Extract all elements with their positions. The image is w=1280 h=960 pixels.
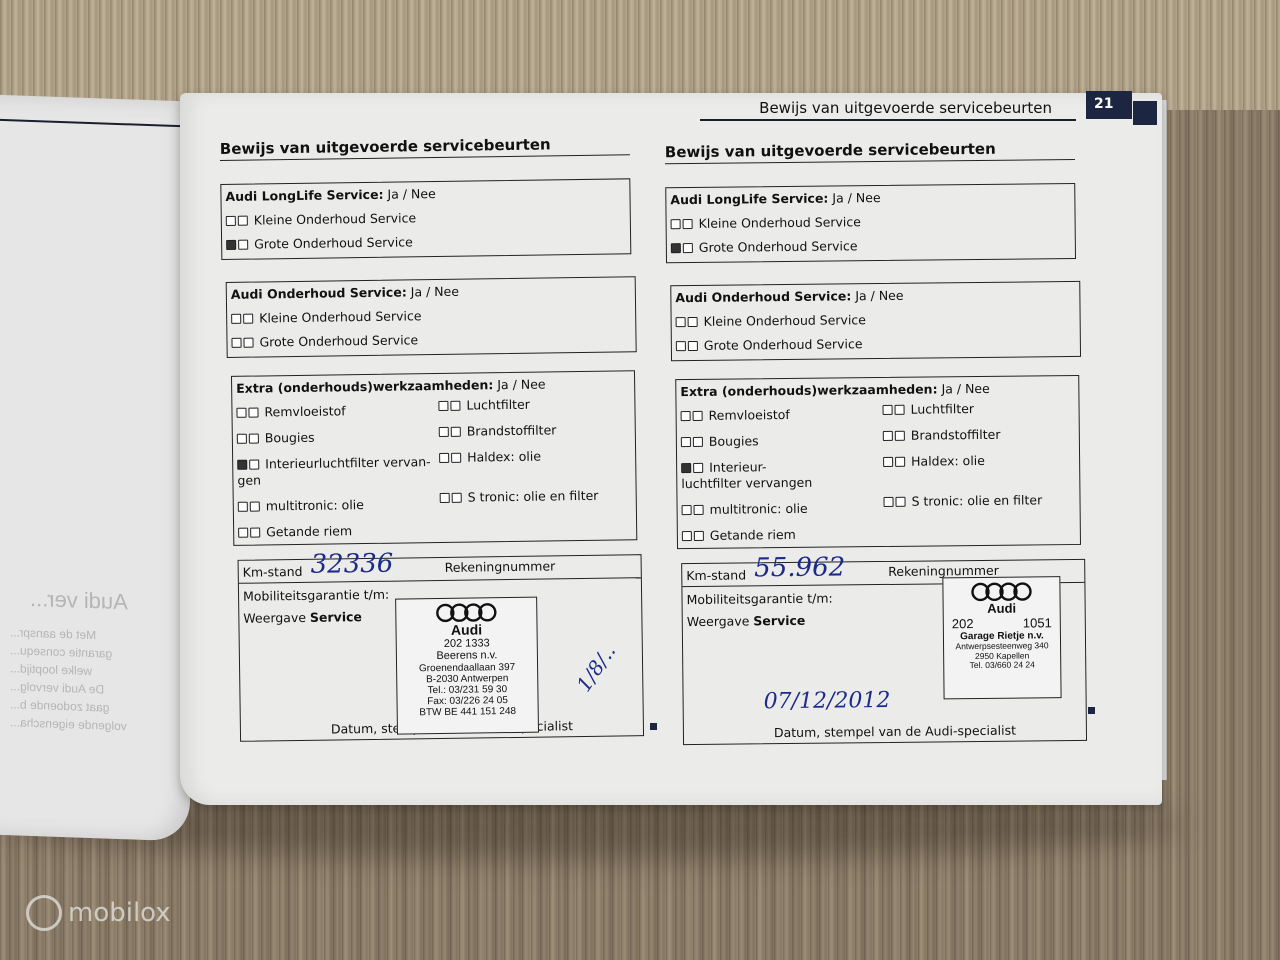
checkbox-nee[interactable] <box>688 340 698 350</box>
longlife-box: Audi LongLife Service: Ja / Nee Kleine O… <box>665 183 1076 263</box>
checkbox-ja[interactable] <box>676 341 686 351</box>
dealer-stamp: Audi2021051Garage Rietje n.v.Antwerpsest… <box>682 560 1084 564</box>
checkbox-item[interactable]: Getande riem <box>682 527 796 543</box>
km-label: Km-stand <box>243 564 303 580</box>
checkbox-ja[interactable] <box>237 433 247 443</box>
checkbox-item-cont: gen <box>237 472 261 487</box>
display-label: Weergave Service <box>687 613 806 629</box>
checkbox-ja[interactable] <box>439 452 449 462</box>
checkbox-ja[interactable] <box>676 317 686 327</box>
longlife-box: Audi LongLife Service: Ja / Nee Kleine O… <box>220 178 631 260</box>
checkbox-item[interactable]: Kleine Onderhoud Service <box>671 214 861 231</box>
checkbox-item[interactable]: Grote Onderhoud Service <box>226 234 413 252</box>
extra-heading: Extra (onderhouds)werkzaamheden: Ja / Ne… <box>680 381 990 399</box>
checkbox-nee[interactable] <box>243 313 253 323</box>
checkbox-ja[interactable] <box>671 219 681 229</box>
form-title: Bewijs van uitgevoerde servicebeurten <box>220 134 630 161</box>
longlife-heading: Audi LongLife Service: Ja / Nee <box>225 186 435 204</box>
footer-box: Km-stand 55.962 Rekeningnummer Mobilitei… <box>681 559 1087 745</box>
checkbox-item[interactable]: Interieurluchtfilter vervan- <box>237 454 431 472</box>
checkbox-nee[interactable] <box>683 218 693 228</box>
watermark: mobilox <box>26 895 171 931</box>
checkbox-nee[interactable] <box>250 501 260 511</box>
ghost-line: welke looptijd... <box>10 661 92 678</box>
checkbox-ja[interactable] <box>438 400 448 410</box>
checkbox-nee[interactable] <box>452 492 462 502</box>
checkbox-ja[interactable] <box>231 337 241 347</box>
checkbox-nee[interactable] <box>688 316 698 326</box>
checkbox-ja[interactable] <box>883 496 893 506</box>
ghost-line: garantie consequ... <box>10 643 112 661</box>
checkbox-nee[interactable] <box>683 242 693 252</box>
longlife-heading: Audi LongLife Service: Ja / Nee <box>670 190 880 207</box>
left-page: Audi ver... Met de aanspr... garantie co… <box>0 95 190 842</box>
onderhoud-box: Audi Onderhoud Service: Ja / Nee Kleine … <box>670 281 1081 361</box>
checkbox-ja[interactable] <box>671 243 681 253</box>
checkbox-ja[interactable] <box>439 426 449 436</box>
ghost-line: volgende eigenscha... <box>10 715 127 733</box>
footer-box: Km-stand 32336 Rekeningnummer Mobiliteit… <box>238 554 645 742</box>
mobility-label: Mobiliteitsgarantie t/m: <box>686 591 832 608</box>
checkbox-nee[interactable] <box>243 337 253 347</box>
checkbox-ja[interactable] <box>681 411 691 421</box>
account-label: Rekeningnummer <box>445 558 556 575</box>
extra-heading: Extra (onderhouds)werkzaamheden: Ja / Ne… <box>236 377 546 396</box>
km-label: Km-stand <box>686 567 746 583</box>
ghost-heading: Audi ver... <box>30 586 128 615</box>
checkbox-nee[interactable] <box>895 430 905 440</box>
form-title: Bewijs van uitgevoerde servicebeurten <box>665 139 1075 164</box>
checkbox-item[interactable]: Bougies <box>237 430 315 446</box>
checkbox-ja[interactable] <box>681 437 691 447</box>
checkbox-item[interactable]: Kleine Onderhoud Service <box>226 210 417 228</box>
date-stamp-label: Datum, stempel van de Audi-specialist <box>774 723 1016 741</box>
checkbox-item[interactable]: Haldex: olie <box>883 453 985 469</box>
extra-box: Extra (onderhouds)werkzaamheden: Ja / Ne… <box>675 375 1081 549</box>
watermark-text: mobilox <box>68 898 171 928</box>
extra-box: Extra (onderhouds)werkzaamheden: Ja / Ne… <box>231 370 637 546</box>
km-value-handwritten: 55.962 <box>754 552 845 583</box>
checkbox-item[interactable]: multitronic: olie <box>238 497 364 514</box>
handwritten-date: 07/12/2012 <box>763 688 890 714</box>
checkbox-item[interactable]: Grote Onderhoud Service <box>676 336 863 353</box>
checkbox-item[interactable]: Kleine Onderhoud Service <box>231 308 422 326</box>
ghost-line: De Audi vervolg... <box>10 679 104 696</box>
service-form-2: Bewijs van uitgevoerde servicebeurten Au… <box>665 139 1101 763</box>
checkbox-item[interactable]: Getande riem <box>238 523 352 540</box>
checkbox-item[interactable]: Brandstoffilter <box>883 427 1001 443</box>
ghost-line: Met de aanspr... <box>10 625 96 642</box>
checkbox-nee[interactable] <box>248 407 258 417</box>
end-marker <box>1088 707 1095 714</box>
running-header: Bewijs van uitgevoerde servicebeurten <box>700 97 1076 121</box>
page-number-tab: 21 <box>1086 91 1132 119</box>
checkbox-item[interactable]: Grote Onderhoud Service <box>231 332 418 350</box>
display-label: Weergave Service <box>243 609 362 626</box>
mobilox-logo-icon <box>26 895 62 931</box>
checkbox-nee[interactable] <box>693 410 703 420</box>
checkbox-item[interactable]: Bougies <box>681 433 759 449</box>
checkbox-nee[interactable] <box>694 504 704 514</box>
checkbox-ja[interactable] <box>883 456 893 466</box>
checkbox-nee[interactable] <box>895 404 905 414</box>
checkbox-nee[interactable] <box>250 527 260 537</box>
checkbox-ja[interactable] <box>237 459 247 469</box>
onderhoud-heading: Audi Onderhoud Service: Ja / Nee <box>231 284 459 302</box>
checkbox-nee[interactable] <box>895 456 905 466</box>
audi-rings-icon <box>434 602 498 623</box>
checkbox-ja[interactable] <box>238 501 248 511</box>
km-value-handwritten: 32336 <box>310 549 393 580</box>
checkbox-nee[interactable] <box>693 462 703 472</box>
checkbox-ja[interactable] <box>883 404 893 414</box>
checkbox-ja[interactable] <box>238 527 248 537</box>
checkbox-item[interactable]: Kleine Onderhoud Service <box>676 312 866 329</box>
checkbox-item[interactable]: Luchtfilter <box>882 401 974 417</box>
checkbox-nee[interactable] <box>451 426 461 436</box>
checkbox-item-cont: luchtfilter vervangen <box>681 475 812 491</box>
checkbox-ja[interactable] <box>440 492 450 502</box>
tab-edge <box>1133 101 1157 125</box>
checkbox-item[interactable]: multitronic: olie <box>682 501 808 517</box>
right-page: Bewijs van uitgevoerde servicebeurten 21… <box>180 93 1162 805</box>
checkbox-ja[interactable] <box>681 463 691 473</box>
checkbox-item[interactable]: Interieur- <box>681 459 766 475</box>
checkbox-item[interactable]: Luchtfilter <box>438 397 530 413</box>
onderhoud-box: Audi Onderhoud Service: Ja / Nee Kleine … <box>226 276 637 358</box>
checkbox-nee[interactable] <box>249 459 259 469</box>
mobility-label: Mobiliteitsgarantie t/m: <box>243 587 389 604</box>
checkbox-ja[interactable] <box>226 239 236 249</box>
checkbox-nee[interactable] <box>451 452 461 462</box>
checkbox-nee[interactable] <box>238 215 248 225</box>
checkbox-nee[interactable] <box>238 239 248 249</box>
handwritten-date: 1/8/.. <box>571 640 620 696</box>
end-marker <box>650 723 657 730</box>
checkbox-ja[interactable] <box>226 215 236 225</box>
checkbox-ja[interactable] <box>236 407 246 417</box>
ghost-line: gaat zodoende b... <box>10 697 109 714</box>
checkbox-item[interactable]: S tronic: olie en filter <box>883 492 1042 509</box>
dealer-stamp: Audi202 1333Beerens n.v.Groenendaallaan … <box>239 555 641 561</box>
checkbox-item[interactable]: Haldex: olie <box>439 449 541 465</box>
checkbox-nee[interactable] <box>249 433 259 443</box>
service-form-1: Bewijs van uitgevoerde servicebeurten Au… <box>220 134 659 760</box>
header-rule <box>0 119 180 128</box>
audi-rings-icon <box>969 581 1033 602</box>
checkbox-ja[interactable] <box>682 531 692 541</box>
checkbox-nee[interactable] <box>450 400 460 410</box>
onderhoud-heading: Audi Onderhoud Service: Ja / Nee <box>675 288 903 305</box>
checkbox-item[interactable]: Remvloeistof <box>236 403 345 420</box>
checkbox-ja[interactable] <box>883 430 893 440</box>
checkbox-ja[interactable] <box>231 313 241 323</box>
checkbox-item[interactable]: Brandstoffilter <box>439 422 557 439</box>
checkbox-nee[interactable] <box>694 530 704 540</box>
checkbox-item[interactable]: Remvloeistof <box>681 407 790 423</box>
checkbox-nee[interactable] <box>895 496 905 506</box>
checkbox-item[interactable]: Grote Onderhoud Service <box>671 238 858 255</box>
checkbox-nee[interactable] <box>693 436 703 446</box>
checkbox-item[interactable]: S tronic: olie en filter <box>440 488 599 505</box>
checkbox-ja[interactable] <box>682 505 692 515</box>
running-title: Bewijs van uitgevoerde servicebeurten <box>759 99 1052 117</box>
